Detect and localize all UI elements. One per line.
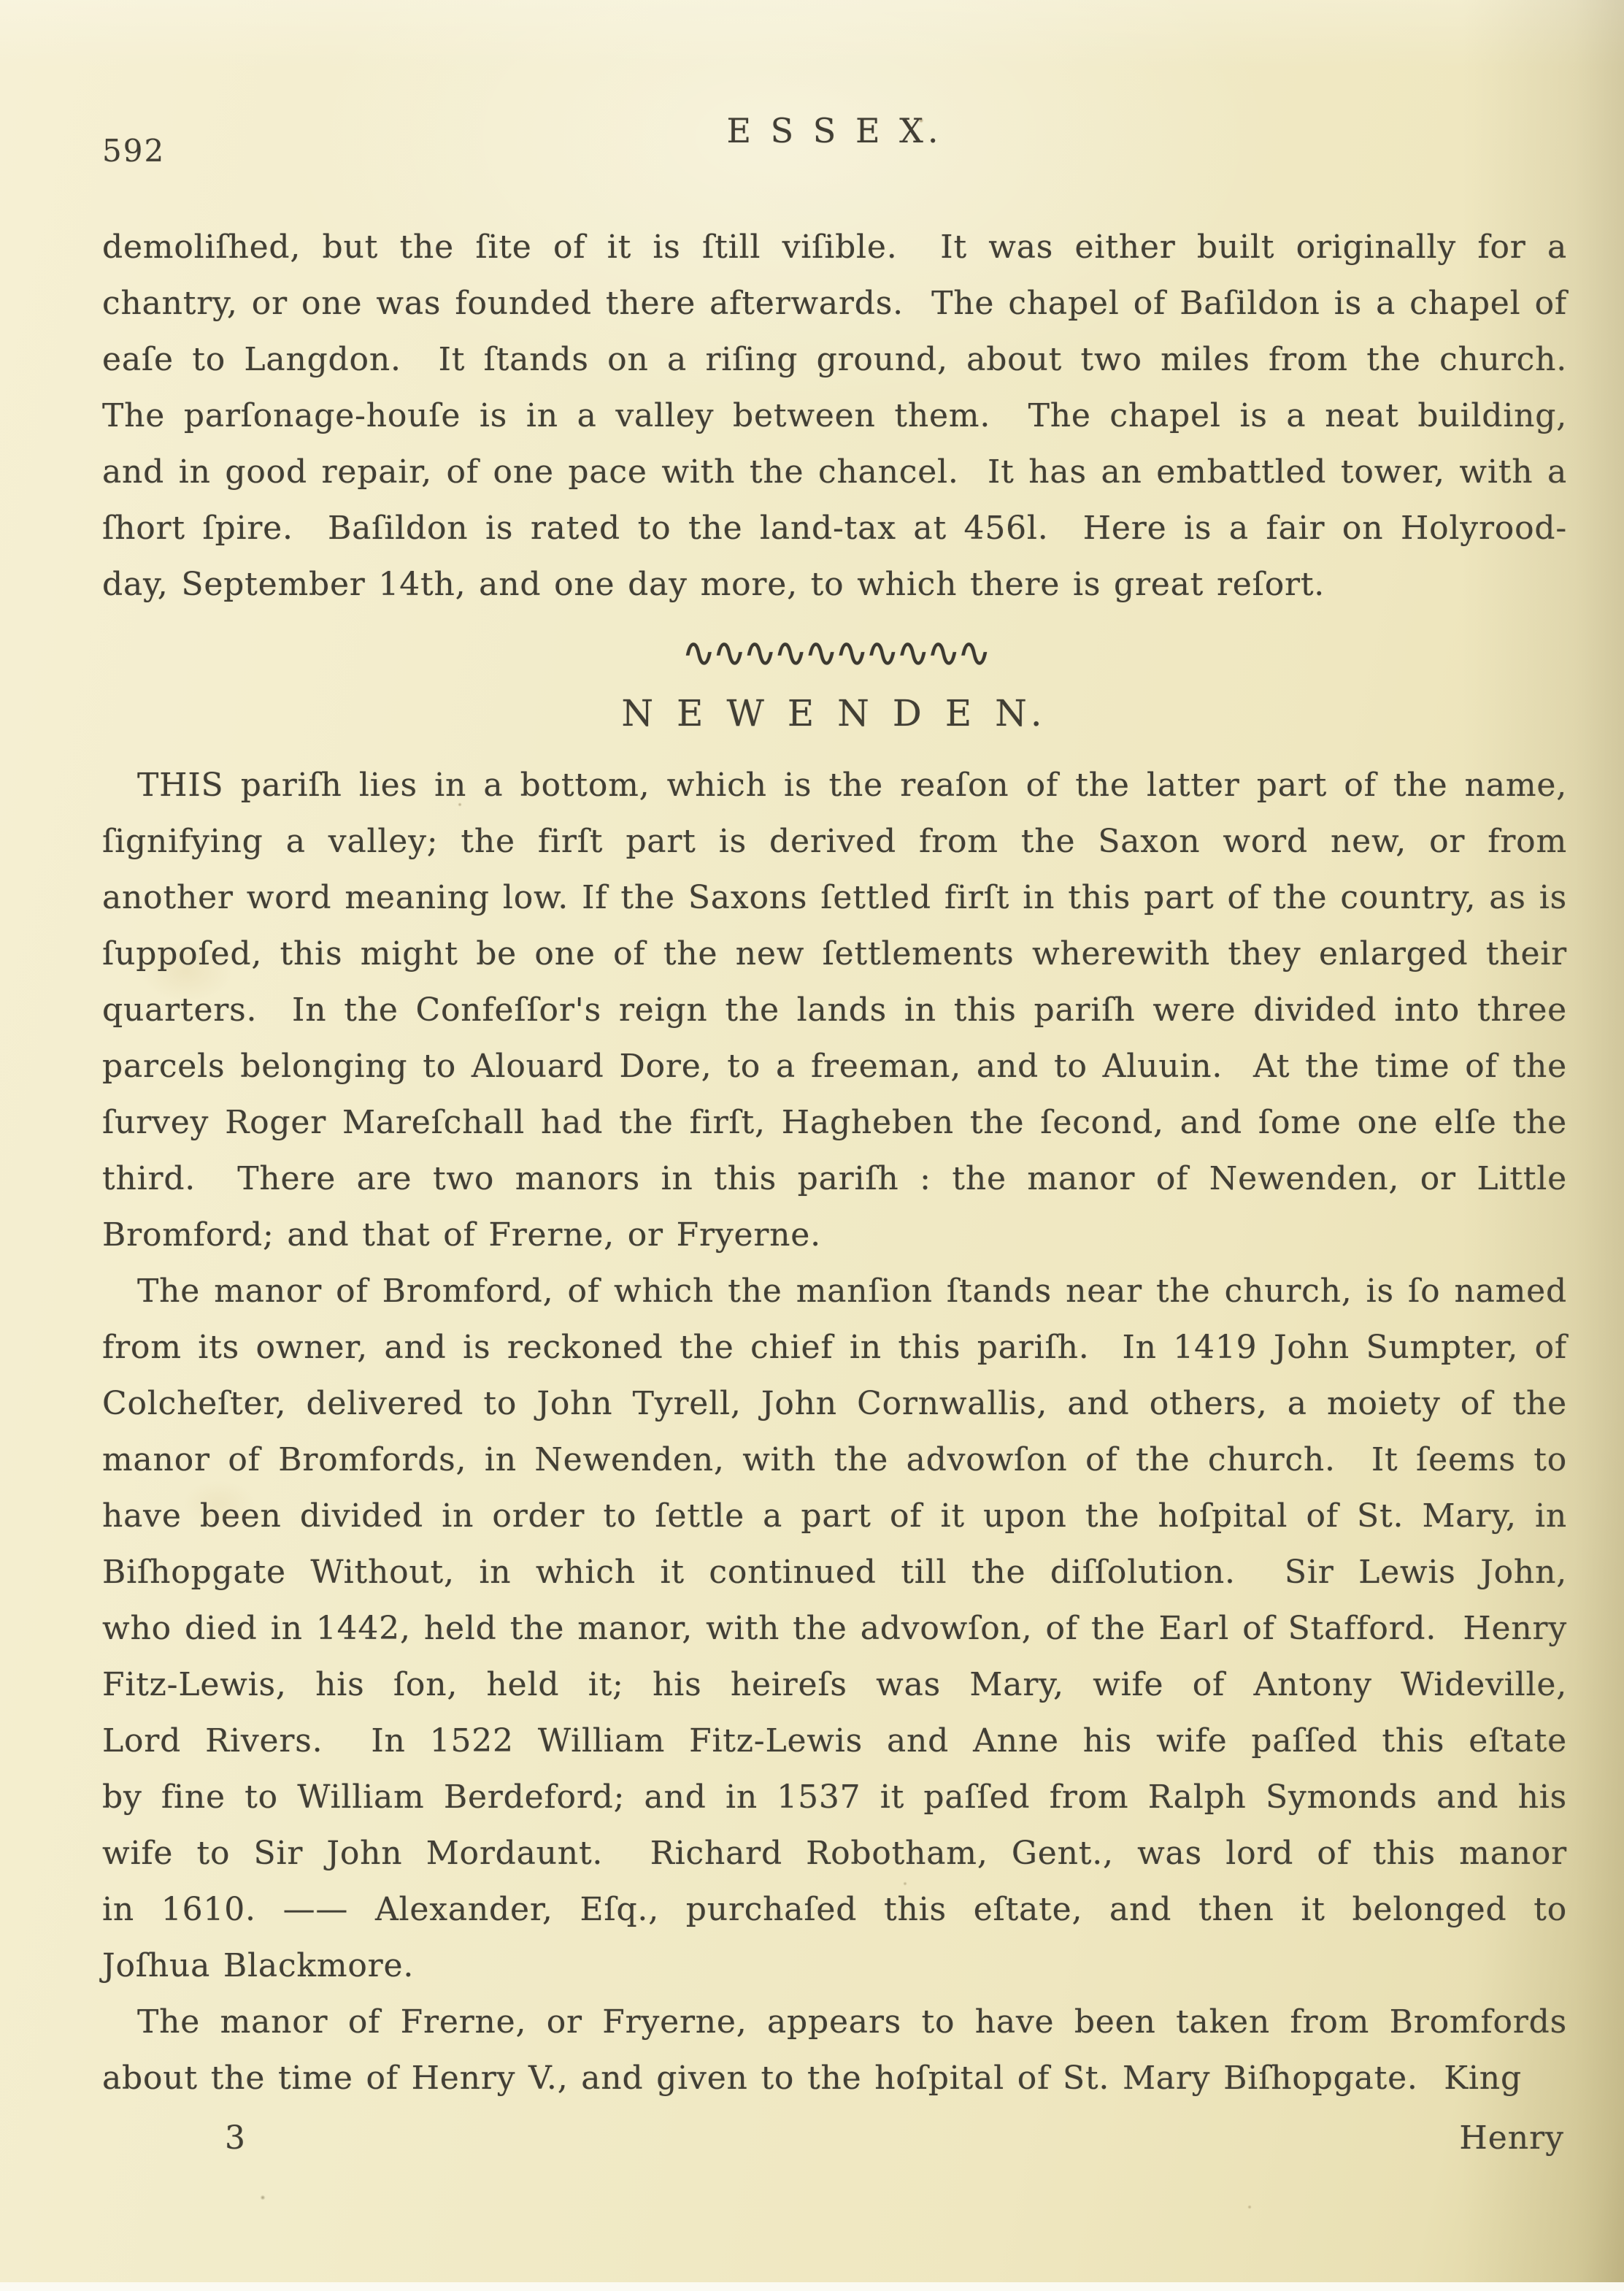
text-line: The manor of Frerne, or Fryerne, appears… (102, 1994, 1567, 2050)
text-line: Colcheſter, delivered to John Tyrell, Jo… (102, 1375, 1567, 1432)
text-line: Biſhopgate Without, in which it continue… (102, 1544, 1567, 1600)
text-line: who died in 1442, held the manor, with t… (102, 1600, 1567, 1657)
text-line: ſhort ſpire. Baſildon is rated to the la… (102, 500, 1567, 556)
text-line: THIS pariſh lies in a bottom, which is t… (102, 757, 1567, 813)
text-line: parcels belonging to Alouard Dore, to a … (102, 1038, 1567, 1094)
text-line: ſignifying a valley; the firſt part is d… (102, 813, 1567, 870)
text-line: eaſe to Langdon. It ſtands on a riſing g… (102, 331, 1567, 388)
signature-mark: 3 (225, 2117, 245, 2160)
text-line: wife to Sir John Mordaunt. Richard Robot… (102, 1825, 1567, 1881)
section-heading-newenden: N E W E N D E N. (102, 691, 1567, 735)
catchword: Henry (1459, 2117, 1564, 2160)
text-line: chantry, or one was founded there afterw… (102, 275, 1567, 331)
page-body: demoliſhed, but the ſite of it is ſtill … (0, 219, 1624, 2106)
text-line: third. There are two manors in this pari… (102, 1151, 1567, 1207)
text-line: day, September 14th, and one day more, t… (102, 556, 1567, 613)
text-line: in 1610. —— Alexander, Eſq., purchaſed t… (102, 1881, 1567, 1938)
text-line: have been divided in order to ſettle a p… (102, 1488, 1567, 1544)
paragraph-manor-of-frerne: The manor of Frerne, or Fryerne, appears… (102, 1994, 1567, 2106)
text-line: ſurvey Roger Mareſchall had the firſt, H… (102, 1094, 1567, 1151)
text-line: Bromford; and that of Frerne, or Fryerne… (102, 1207, 1567, 1263)
text-line: ſuppoſed, this might be one of the new ſ… (102, 926, 1567, 982)
text-line: about the time of Henry V., and given to… (102, 2050, 1567, 2106)
text-line: another word meaning low. If the Saxons … (102, 870, 1567, 926)
page-footer: 3 Henry (0, 2117, 1624, 2160)
paragraph-manor-of-bromford: The manor of Bromford, of which the manſ… (102, 1263, 1567, 1994)
wavy-rule-ornament-icon: ∿∿∿∿∿∿∿∿∿∿ (102, 632, 1567, 675)
text-line: Joſhua Blackmore. (102, 1938, 1567, 1994)
text-line: by fine to William Berdeford; and in 153… (102, 1769, 1567, 1825)
running-head: 592 E S S E X. (0, 0, 1624, 177)
text-line: Lord Rivers. In 1522 William Fitz-Lewis … (102, 1713, 1567, 1769)
paragraph-newenden-intro: THIS pariſh lies in a bottom, which is t… (102, 757, 1567, 1263)
paragraph-basildon-continuation: demoliſhed, but the ſite of it is ſtill … (102, 219, 1567, 613)
text-line: and in good repair, of one pace with the… (102, 444, 1567, 500)
text-line: The manor of Bromford, of which the manſ… (102, 1263, 1567, 1319)
scanned-book-page: 592 E S S E X. demoliſhed, but the ſite … (0, 0, 1624, 2282)
text-line: The parſonage-houſe is in a valley betwe… (102, 388, 1567, 444)
text-line: quarters. In the Confeſſor's reign the l… (102, 982, 1567, 1038)
text-line: manor of Bromfords, in Newenden, with th… (102, 1432, 1567, 1488)
page-number: 592 (102, 133, 165, 169)
text-line: from its owner, and is reckoned the chie… (102, 1319, 1567, 1375)
text-line: Fitz-Lewis, his ſon, held it; his heireſ… (102, 1657, 1567, 1713)
running-title: E S S E X. (102, 111, 1567, 150)
text-line: demoliſhed, but the ſite of it is ſtill … (102, 219, 1567, 275)
